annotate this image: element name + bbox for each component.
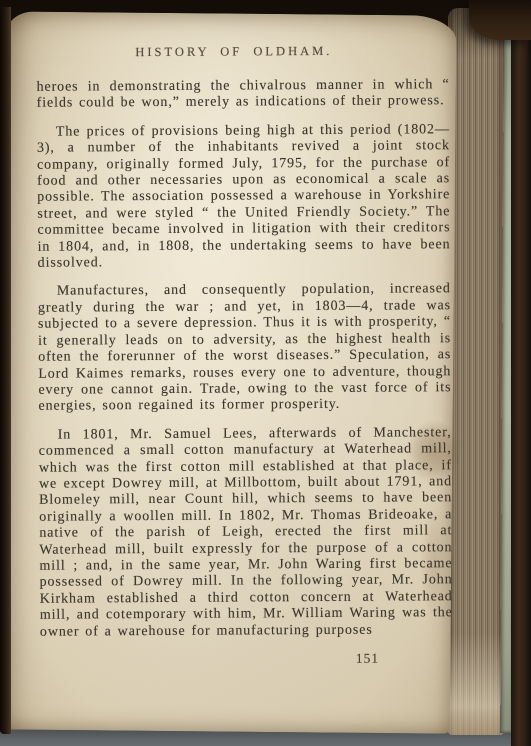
page-number: 151	[40, 651, 379, 669]
body-paragraph: In 1801, Mr. Samuel Lees, afterwards of …	[39, 425, 453, 641]
body-paragraph: heroes in demonstrating the chivalrous m…	[37, 77, 450, 112]
book-cover-right	[511, 0, 531, 746]
spine-gutter-left	[0, 7, 11, 734]
page-text-block: HISTORY OF OLDHAM. heroes in demonstrati…	[7, 9, 453, 669]
fore-edge-pages	[448, 8, 504, 735]
body-paragraph: The prices of provisions being high at t…	[37, 122, 451, 272]
book-page: HISTORY OF OLDHAM. heroes in demonstrati…	[1, 11, 457, 733]
book-cover-top-corner	[469, 0, 531, 40]
body-paragraph: Manufactures, and consequently populatio…	[38, 282, 452, 416]
running-head-title: HISTORY OF OLDHAM.	[36, 43, 431, 60]
book-scan-scene: HISTORY OF OLDHAM. heroes in demonstrati…	[0, 0, 531, 746]
